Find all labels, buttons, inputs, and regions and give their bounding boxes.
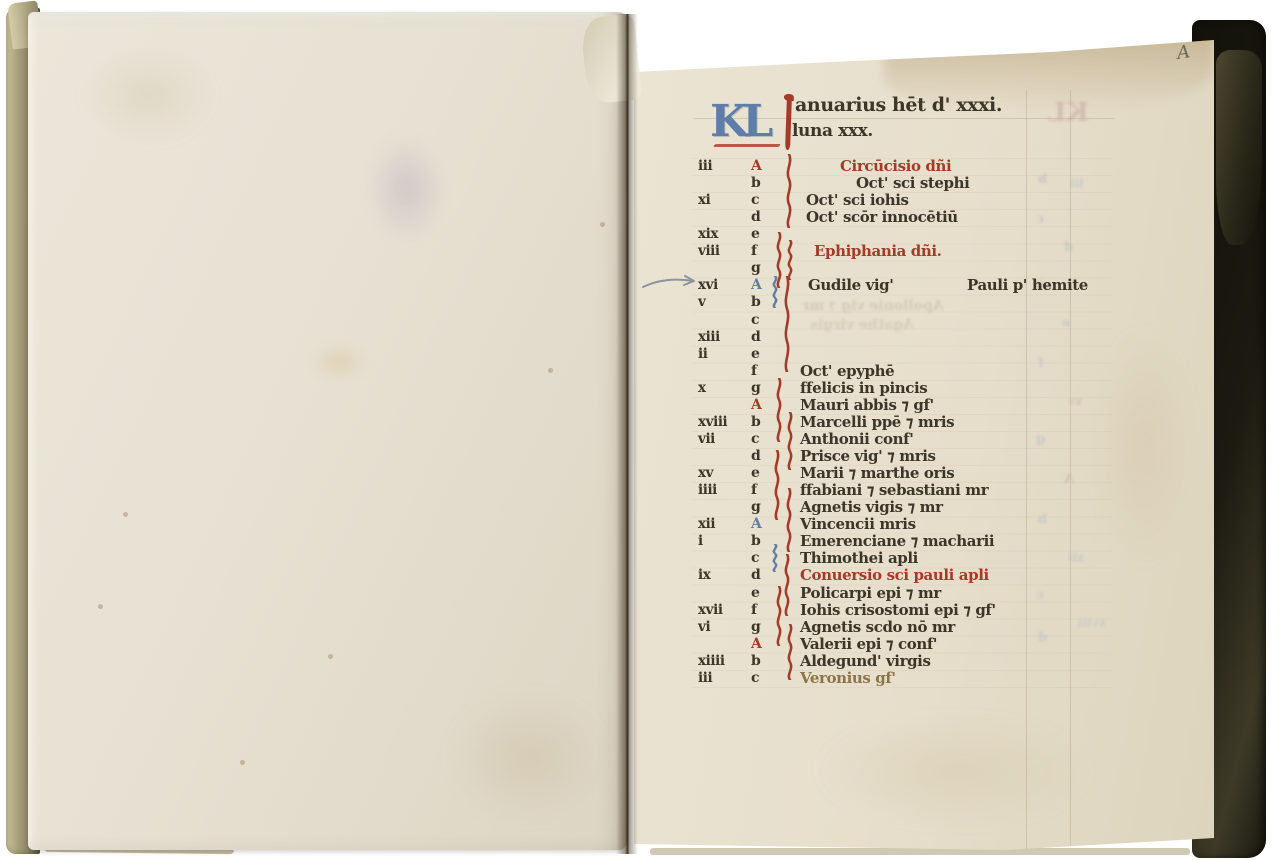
top-left-stain (83, 47, 213, 142)
golden-number: xi (698, 192, 710, 209)
kl-flourish (713, 144, 781, 147)
luna-line: luna xxx. (792, 121, 873, 141)
dominical-letter: e (751, 465, 760, 482)
dominical-letter: e (751, 226, 760, 243)
feast-entry: Veronius gf' (800, 670, 896, 687)
foxing-spot (548, 368, 553, 373)
right-page-calendar: KLbiiicdviiApollonie vig ⁊ mrAgathe virg… (634, 26, 1214, 854)
calendar-row: vb (634, 294, 1214, 311)
flourish-column-stroke (785, 240, 795, 280)
golden-number: xii (698, 516, 715, 533)
pencil-arrow-icon (641, 272, 699, 298)
feast-entry: Oct' sci stephi (856, 175, 969, 192)
dominical-letter: b (751, 175, 760, 192)
calendar-row: cThimothei apli (634, 550, 1214, 567)
calendar-row: vigAgnetis scdo nō mr (634, 619, 1214, 636)
page-edges-right (650, 848, 1190, 855)
month-initial (785, 96, 792, 150)
calendar-row: iiiifffabiani ⁊ sebastiani mr (634, 482, 1214, 499)
dominical-letter: b (751, 294, 760, 311)
folio-mark: A (1176, 41, 1192, 64)
manuscript-photo: KLbiiicdviiApollonie vig ⁊ mrAgathe virg… (0, 0, 1280, 860)
foxing-spot (240, 760, 245, 765)
month-title: anuarius hēt d' xxxi. (795, 94, 1002, 116)
golden-number: xix (698, 226, 718, 243)
dominical-letter: d (751, 567, 760, 584)
feast-entry: Oct' sci iohis (806, 192, 909, 209)
feast-entry: Emerenciane ⁊ macharii (800, 533, 994, 550)
dominical-letter: b (751, 533, 760, 550)
calendar-row: fOct' epyphē (634, 363, 1214, 380)
flourish-column-stroke (774, 586, 784, 646)
feast-entry: Valerii epi ⁊ conf' (800, 636, 937, 653)
calendar-row: xixe (634, 226, 1214, 243)
calendar-row: bOct' sci stephi (634, 175, 1214, 192)
feast-entry: ffabiani ⁊ sebastiani mr (800, 482, 988, 499)
calendar-row: AValerii epi ⁊ conf' (634, 636, 1214, 653)
flourish-column-stroke (785, 412, 795, 470)
dominical-letter: f (751, 602, 757, 619)
dominical-letter: c (751, 550, 759, 567)
left-page-blank (28, 12, 628, 850)
calendar-row: viiifEphiphania dñi. (634, 243, 1214, 260)
calendar-row: xgffelicis in pincis (634, 380, 1214, 397)
dominical-letter: c (751, 670, 759, 687)
feast-entry: Pauli p' hemite (967, 277, 1088, 294)
flourish-column-stroke (784, 488, 794, 552)
dominical-letter: A (751, 277, 761, 294)
dominical-letter: e (751, 585, 760, 602)
golden-number: viii (698, 243, 720, 260)
flourish-column-stroke (774, 378, 784, 442)
calendar-row: dOct' scōr innocētiū (634, 209, 1214, 226)
golden-number: vii (698, 431, 715, 448)
feast-entry: Oct' epyphē (800, 363, 894, 380)
calendar-row: iie (634, 346, 1214, 363)
kl-monogram: KL (710, 100, 767, 144)
foxing-spot (328, 654, 333, 659)
dominical-letter: f (751, 243, 757, 260)
dominical-letter: A (751, 397, 761, 414)
golden-number: iii (698, 158, 712, 175)
dominical-letter: g (751, 380, 760, 397)
binding-gutter (616, 14, 638, 854)
golden-number: iii (698, 670, 712, 687)
foxing-spot (98, 604, 103, 609)
flourish-column-stroke (782, 276, 792, 372)
flourish-column-stroke (785, 624, 795, 680)
flourish-column-stroke (770, 276, 780, 308)
feast-entry: Vincencii mris (800, 516, 916, 533)
dominical-letter: f (751, 482, 757, 499)
dominical-letter: A (751, 158, 761, 175)
golden-number: iiii (698, 482, 717, 499)
calendar-row: gAgnetis vigis ⁊ mr (634, 499, 1214, 516)
dominical-letter: f (751, 363, 757, 380)
dominical-letter: A (751, 636, 761, 653)
dominical-letter: g (751, 619, 760, 636)
feast-entry: Anthonii conf' (800, 431, 913, 448)
feast-entry: Thimothei apli (800, 550, 918, 567)
calendar-row: c (634, 312, 1214, 329)
feast-entry: Gudile vig' (808, 277, 893, 294)
bottom-stain (448, 692, 608, 822)
calendar-row: xiiiibAldegund' virgis (634, 653, 1214, 670)
feast-entry: Ephiphania dñi. (814, 243, 942, 260)
calendar-row: ibEmerenciane ⁊ macharii (634, 533, 1214, 550)
calendar-row: ixdConuersio sci pauli apli (634, 567, 1214, 584)
feast-entry: Mauri abbis ⁊ gf' (800, 397, 934, 414)
showthrough-text: KL (1048, 98, 1089, 128)
golden-number: xvi (698, 277, 718, 294)
feast-entry: Policarpi epi ⁊ mr (800, 585, 941, 602)
right-cover-fold (1216, 50, 1262, 245)
dominical-letter: c (751, 431, 759, 448)
calendar-row: xviiibMarcelli ppē ⁊ mris (634, 414, 1214, 431)
calendar-row: dPrisce vig' ⁊ mris (634, 448, 1214, 465)
golden-number: xvii (698, 602, 723, 619)
dominical-letter: e (751, 346, 760, 363)
feast-entry: ffelicis in pincis (800, 380, 927, 397)
feast-entry: Agnetis scdo nō mr (800, 619, 955, 636)
calendar-row: ePolicarpi epi ⁊ mr (634, 585, 1214, 602)
feast-entry: Conuersio sci pauli apli (800, 567, 989, 584)
flourish-column-stroke (772, 450, 782, 520)
purple-stain (366, 134, 446, 244)
flourish-column-stroke (784, 154, 794, 228)
foxing-spot (123, 512, 128, 517)
yellow-stain (308, 342, 368, 382)
calendar-row: xveMarii ⁊ marthe oris (634, 465, 1214, 482)
dominical-letter: g (751, 499, 760, 516)
dominical-letter: b (751, 653, 760, 670)
dominical-letter: g (751, 260, 760, 277)
calendar-row: iiicVeronius gf' (634, 670, 1214, 687)
calendar-row: xviifIohis crisostomi epi ⁊ gf' (634, 602, 1214, 619)
calendar-row: g (634, 260, 1214, 277)
calendar-row: xiiid (634, 329, 1214, 346)
golden-number: i (698, 533, 703, 550)
dominical-letter: d (751, 209, 760, 226)
dominical-letter: A (751, 516, 761, 533)
golden-number: v (698, 294, 705, 311)
feast-entry: Iohis crisostomi epi ⁊ gf' (800, 602, 996, 619)
calendar-row: xicOct' sci iohis (634, 192, 1214, 209)
calendar-rows: iiiACircūcisio dñibOct' sci stephixicOct… (634, 158, 1214, 702)
feast-entry: Oct' scōr innocētiū (806, 209, 958, 226)
flourish-column-stroke (770, 544, 780, 572)
dominical-letter: c (751, 192, 759, 209)
calendar-row: xiiAVincencii mris (634, 516, 1214, 533)
feast-entry: Circūcisio dñi (840, 158, 951, 175)
golden-number: vi (698, 619, 710, 636)
dominical-letter: c (751, 312, 759, 329)
golden-number: xiii (698, 329, 720, 346)
dominical-letter: d (751, 329, 760, 346)
golden-number: xv (698, 465, 713, 482)
feast-entry: Prisce vig' ⁊ mris (800, 448, 936, 465)
feast-entry: Marii ⁊ marthe oris (800, 465, 954, 482)
golden-number: ii (698, 346, 707, 363)
calendar-row: viicAnthonii conf' (634, 431, 1214, 448)
feast-entry: Agnetis vigis ⁊ mr (800, 499, 943, 516)
calendar-row: AMauri abbis ⁊ gf' (634, 397, 1214, 414)
dominical-letter: b (751, 414, 760, 431)
feast-entry: Marcelli ppē ⁊ mris (800, 414, 954, 431)
golden-number: x (698, 380, 706, 397)
dominical-letter: d (751, 448, 760, 465)
golden-number: xiiii (698, 653, 725, 670)
foxing-spot (600, 222, 605, 227)
golden-number: xviii (698, 414, 727, 431)
feast-entry: Aldegund' virgis (800, 653, 931, 670)
calendar-row: iiiACircūcisio dñi (634, 158, 1214, 175)
golden-number: ix (698, 567, 710, 584)
bottom-stain (814, 716, 1094, 826)
calendar-row: xviAGudile vig'Pauli p' hemite (634, 277, 1214, 294)
